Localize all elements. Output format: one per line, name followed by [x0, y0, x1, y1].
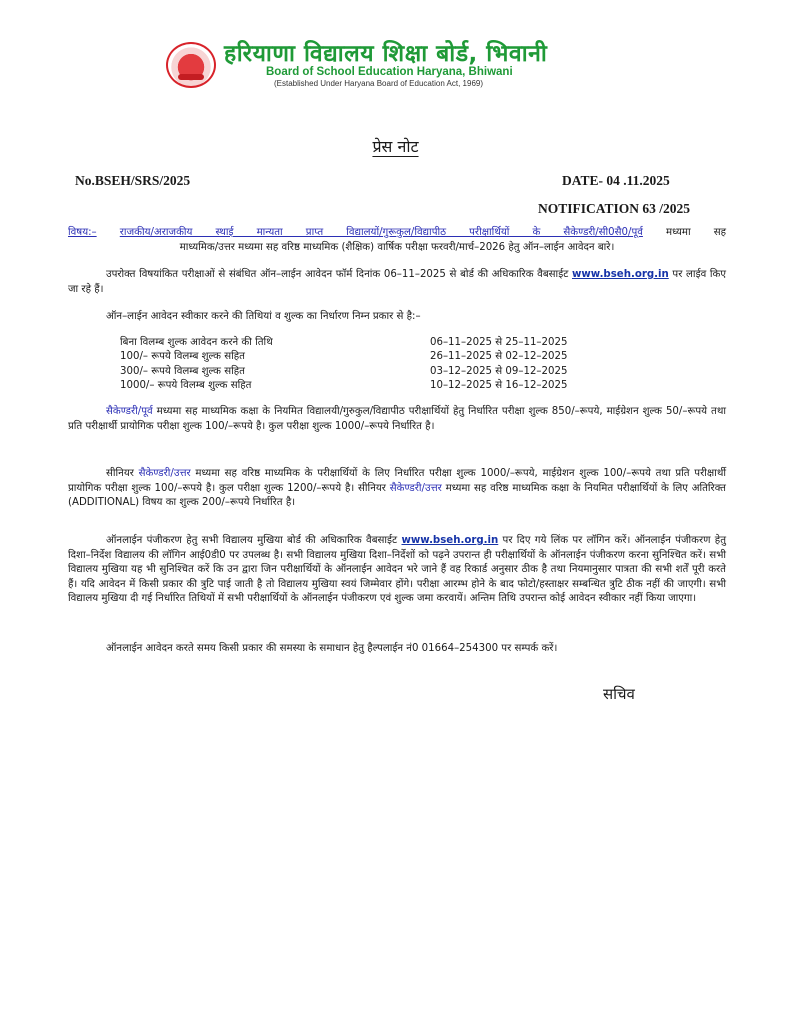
table-row: बिना विलम्ब शुल्क आवेदन करने की तिथि 06–… — [120, 336, 580, 350]
fee-dates: 03–12–2025 से 09–12–2025 — [430, 365, 580, 379]
org-name-english: Board of School Education Haryana, Bhiwa… — [266, 66, 513, 79]
signature-secretary: सचिव — [603, 684, 635, 704]
paragraph-helpline: ऑनलाईन आवेदन करते समय किसी प्रकार की समस… — [68, 642, 726, 657]
table-row: 1000/– रूपये विलम्ब शुल्क सहित 10–12–202… — [120, 379, 580, 393]
paragraph-secondary-fees: सैकेण्डरी/पूर्व मध्यमा सह माध्यमिक कक्षा… — [68, 405, 726, 434]
senior-secondary-highlight: सैकेण्डरी/उत्तर — [139, 468, 191, 479]
fee-label: 1000/– रूपये विलम्ब शुल्क सहित — [120, 379, 430, 393]
subject-highlight: राजकीय/अराजकीय स्थाई मान्यता प्राप्त विद… — [120, 227, 643, 238]
paragraph-senior-secondary-fees: सीनियर सैकेण्डरी/उत्तर मध्यमा सह वरिष्ठ … — [68, 467, 726, 511]
fee-label: 100/– रूपये विलम्ब शुल्क सहित — [120, 350, 430, 364]
paragraph-registration-instructions: ऑनलाईन पंजीकरण हेतु सभी विद्यालय मुखिया … — [68, 534, 726, 607]
notification-number: NOTIFICATION 63 /2025 — [538, 201, 690, 217]
letterhead: हरियाणा विद्यालय शिक्षा बोर्ड, भिवानी Bo… — [166, 40, 636, 92]
fee-dates: 26–11–2025 से 02–12–2025 — [430, 350, 580, 364]
senior-secondary-highlight-2: सैकेण्डरी/उत्तर — [390, 483, 442, 494]
bseh-website-link[interactable]: www.bseh.org.in — [572, 269, 669, 280]
fee-label: 300/– रूपये विलम्ब शुल्क सहित — [120, 365, 430, 379]
table-row: 100/– रूपये विलम्ब शुल्क सहित 26–11–2025… — [120, 350, 580, 364]
org-name-hindi: हरियाणा विद्यालय शिक्षा बोर्ड, भिवानी — [224, 40, 547, 68]
secondary-highlight: सैकेण्डरी/पूर्व — [106, 406, 153, 417]
subject-label: विषय:– — [68, 227, 97, 238]
bseh-website-link-2[interactable]: www.bseh.org.in — [401, 535, 498, 546]
document-title: प्रेस नोट — [0, 135, 791, 157]
fee-schedule-table: बिना विलम्ब शुल्क आवेदन करने की तिथि 06–… — [120, 336, 580, 393]
document-date: DATE- 04 .11.2025 — [562, 173, 670, 189]
paragraph-fee-intro: ऑन–लाईन आवेदन स्वीकार करने की तिथियां व … — [68, 310, 726, 325]
subject-paragraph: विषय:– राजकीय/अराजकीय स्थाई मान्यता प्रा… — [68, 226, 726, 255]
table-row: 300/– रूपये विलम्ब शुल्क सहित 03–12–2025… — [120, 365, 580, 379]
fee-dates: 06–11–2025 से 25–11–2025 — [430, 336, 580, 350]
bseh-emblem-icon — [166, 42, 216, 88]
fee-dates: 10–12–2025 से 16–12–2025 — [430, 379, 580, 393]
reference-number: No.BSEH/SRS/2025 — [75, 173, 190, 189]
established-note: (Established Under Haryana Board of Educ… — [274, 79, 483, 89]
paragraph-live-notice: उपरोक्त विषयांकित परीक्षाओं से संबंधित ऑ… — [68, 268, 726, 297]
subject-line-2: माध्यमिक/उत्तर मध्यमा सह वरिष्ठ माध्यमिक… — [68, 241, 726, 256]
fee-label: बिना विलम्ब शुल्क आवेदन करने की तिथि — [120, 336, 430, 350]
